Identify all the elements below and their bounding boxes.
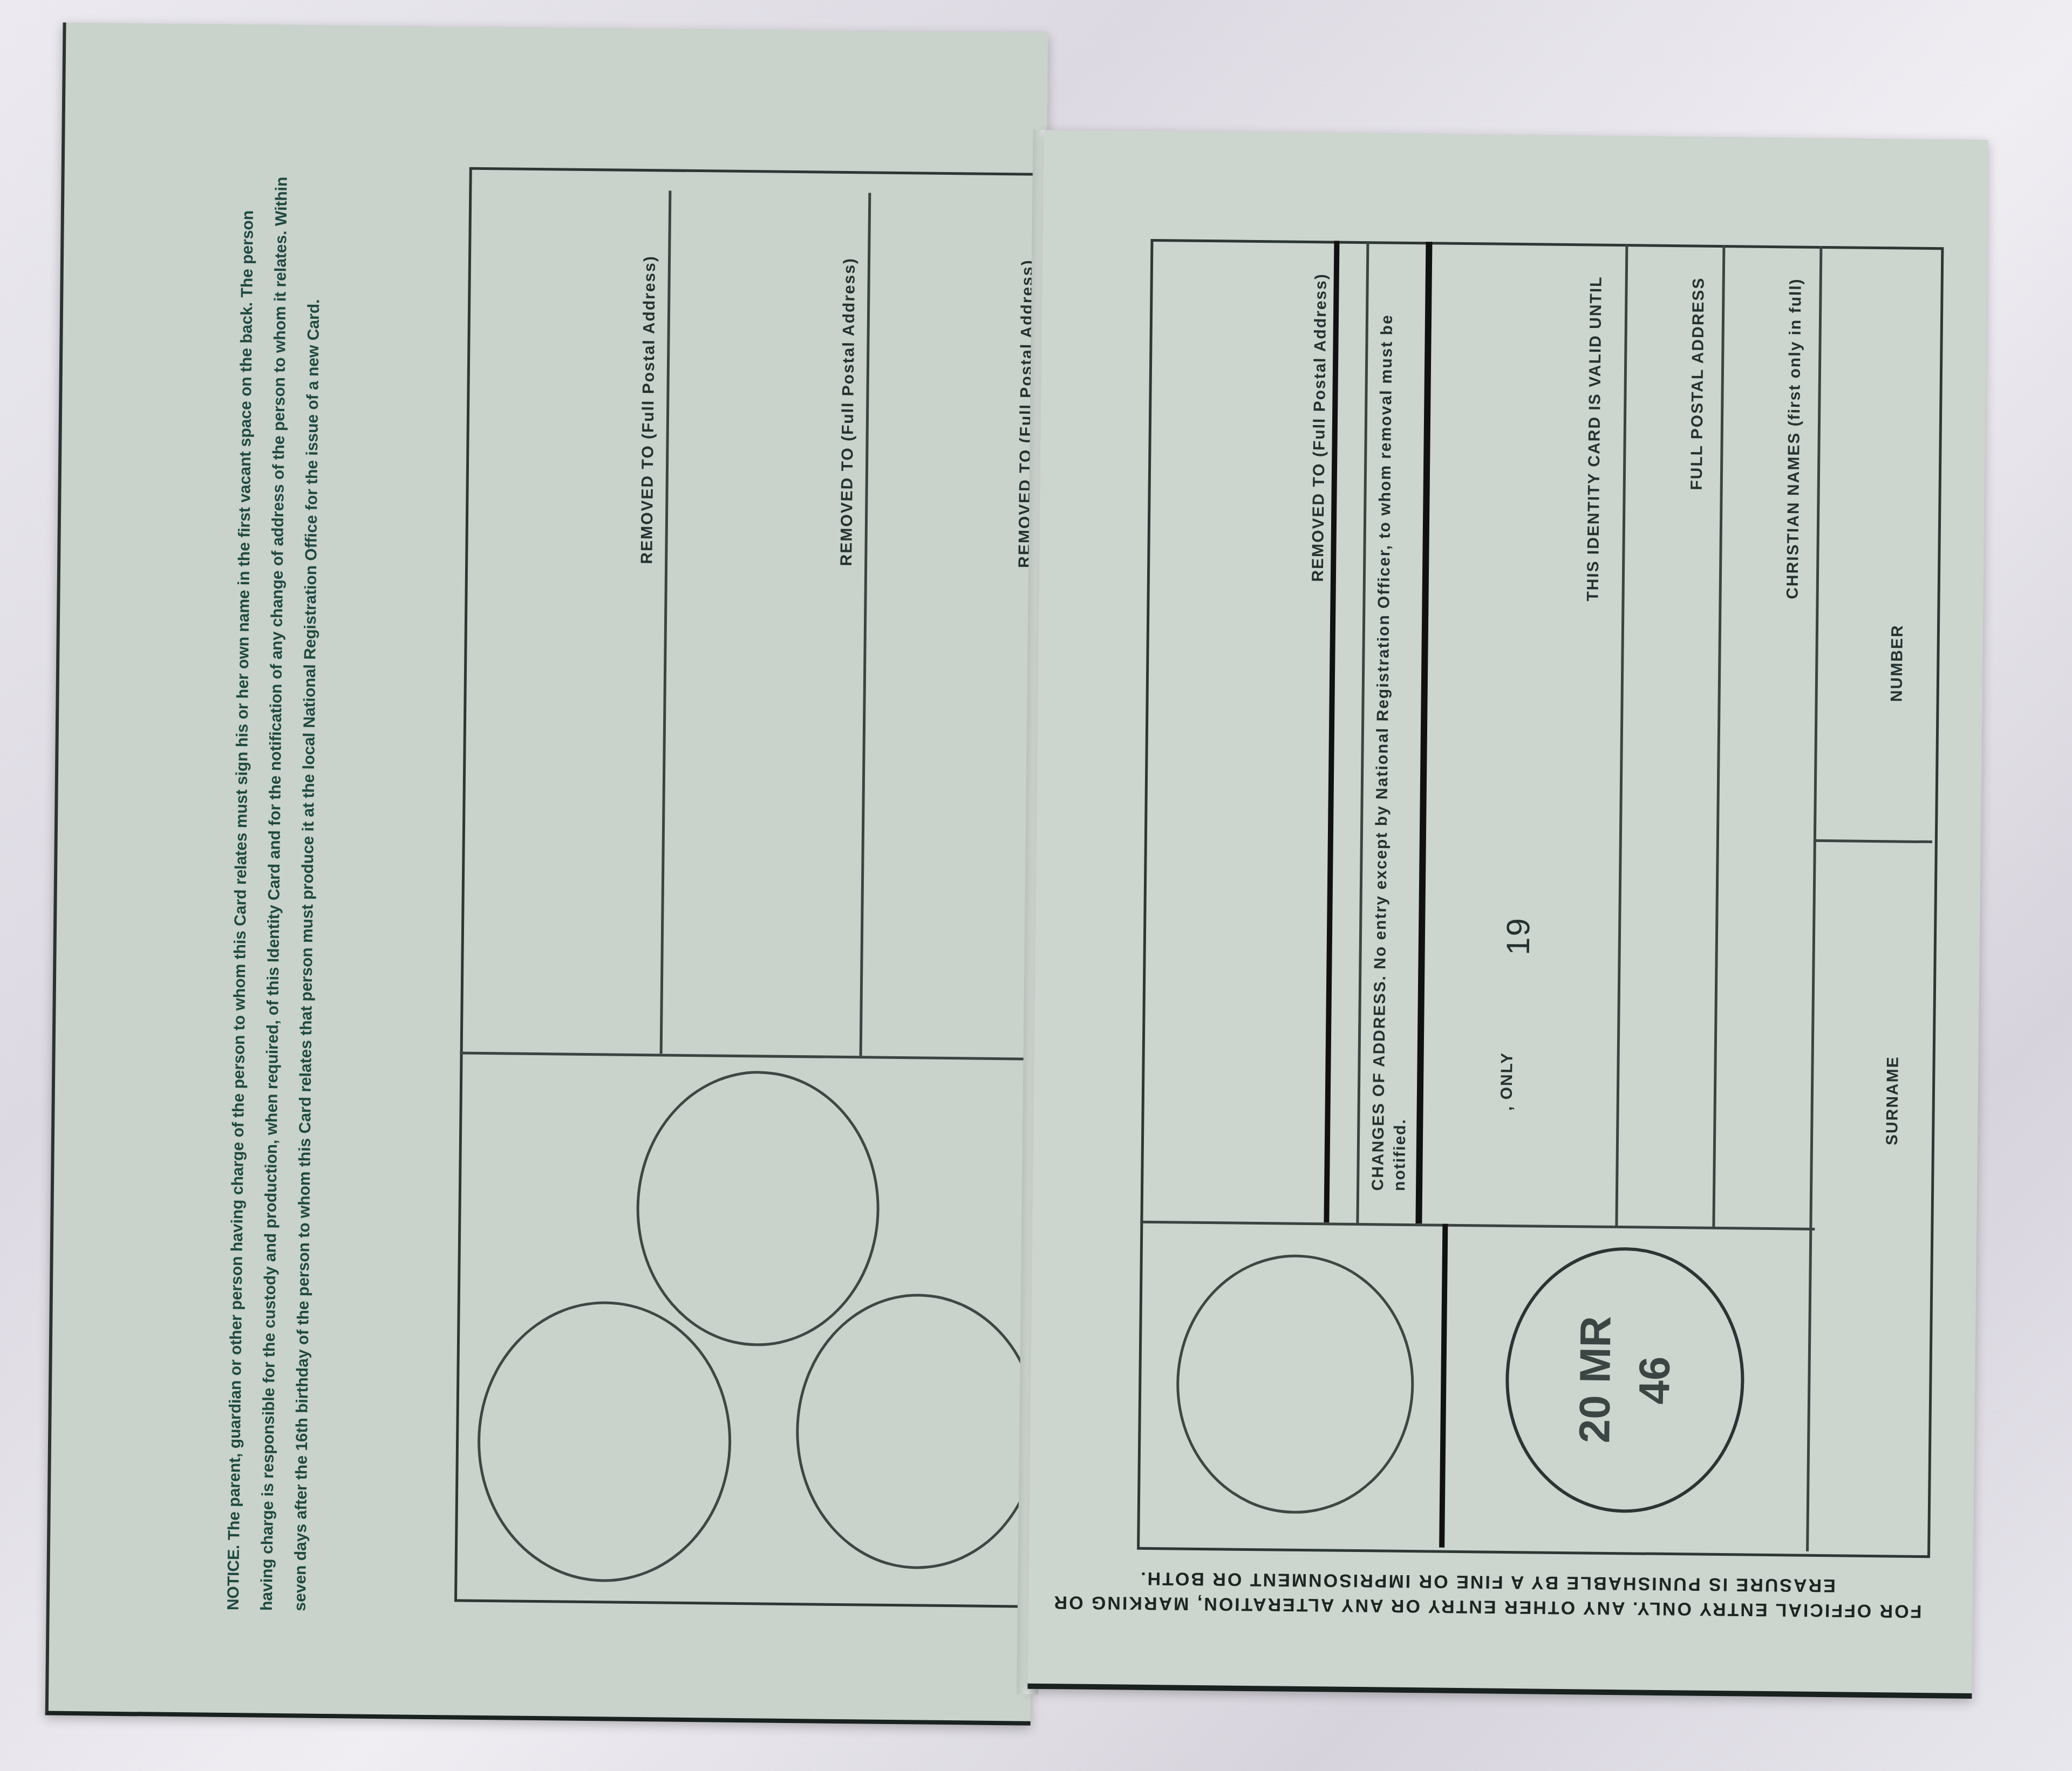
removed-to-label: REMOVED TO (Full Postal Address): [1309, 273, 1331, 582]
stamp-date: 20 MR: [1570, 1316, 1619, 1444]
number-label: NUMBER: [1888, 624, 1907, 702]
removed-to-label: REMOVED TO (Full Postal Address): [837, 257, 859, 566]
official-entry-footer: FOR OFFICIAL ENTRY ONLY. ANY OTHER ENTRY…: [1050, 1565, 1925, 1624]
christian-names-label: CHRISTIAN NAMES (first only in full): [1784, 278, 1805, 599]
validity-label: THIS IDENTITY CARD IS VALID UNTIL: [1584, 276, 1606, 601]
validity-year: 19: [1500, 917, 1537, 955]
notice-text: NOTICE. The parent, guardian or other pe…: [217, 154, 448, 1612]
identity-card: REMOVED TO (Full Postal Address) REMOVED…: [45, 23, 1952, 1741]
validity-suffix: , ONLY: [1498, 1052, 1517, 1111]
right-page: NUMBER SURNAME CHRISTIAN NAMES (first on…: [1027, 130, 1988, 1699]
address-label: FULL POSTAL ADDRESS: [1688, 277, 1708, 490]
left-page: REMOVED TO (Full Postal Address) REMOVED…: [45, 23, 1048, 1726]
stamp-year: 46: [1630, 1356, 1679, 1405]
removed-to-label: REMOVED TO (Full Postal Address): [638, 255, 659, 564]
surname-label: SURNAME: [1883, 1056, 1903, 1145]
